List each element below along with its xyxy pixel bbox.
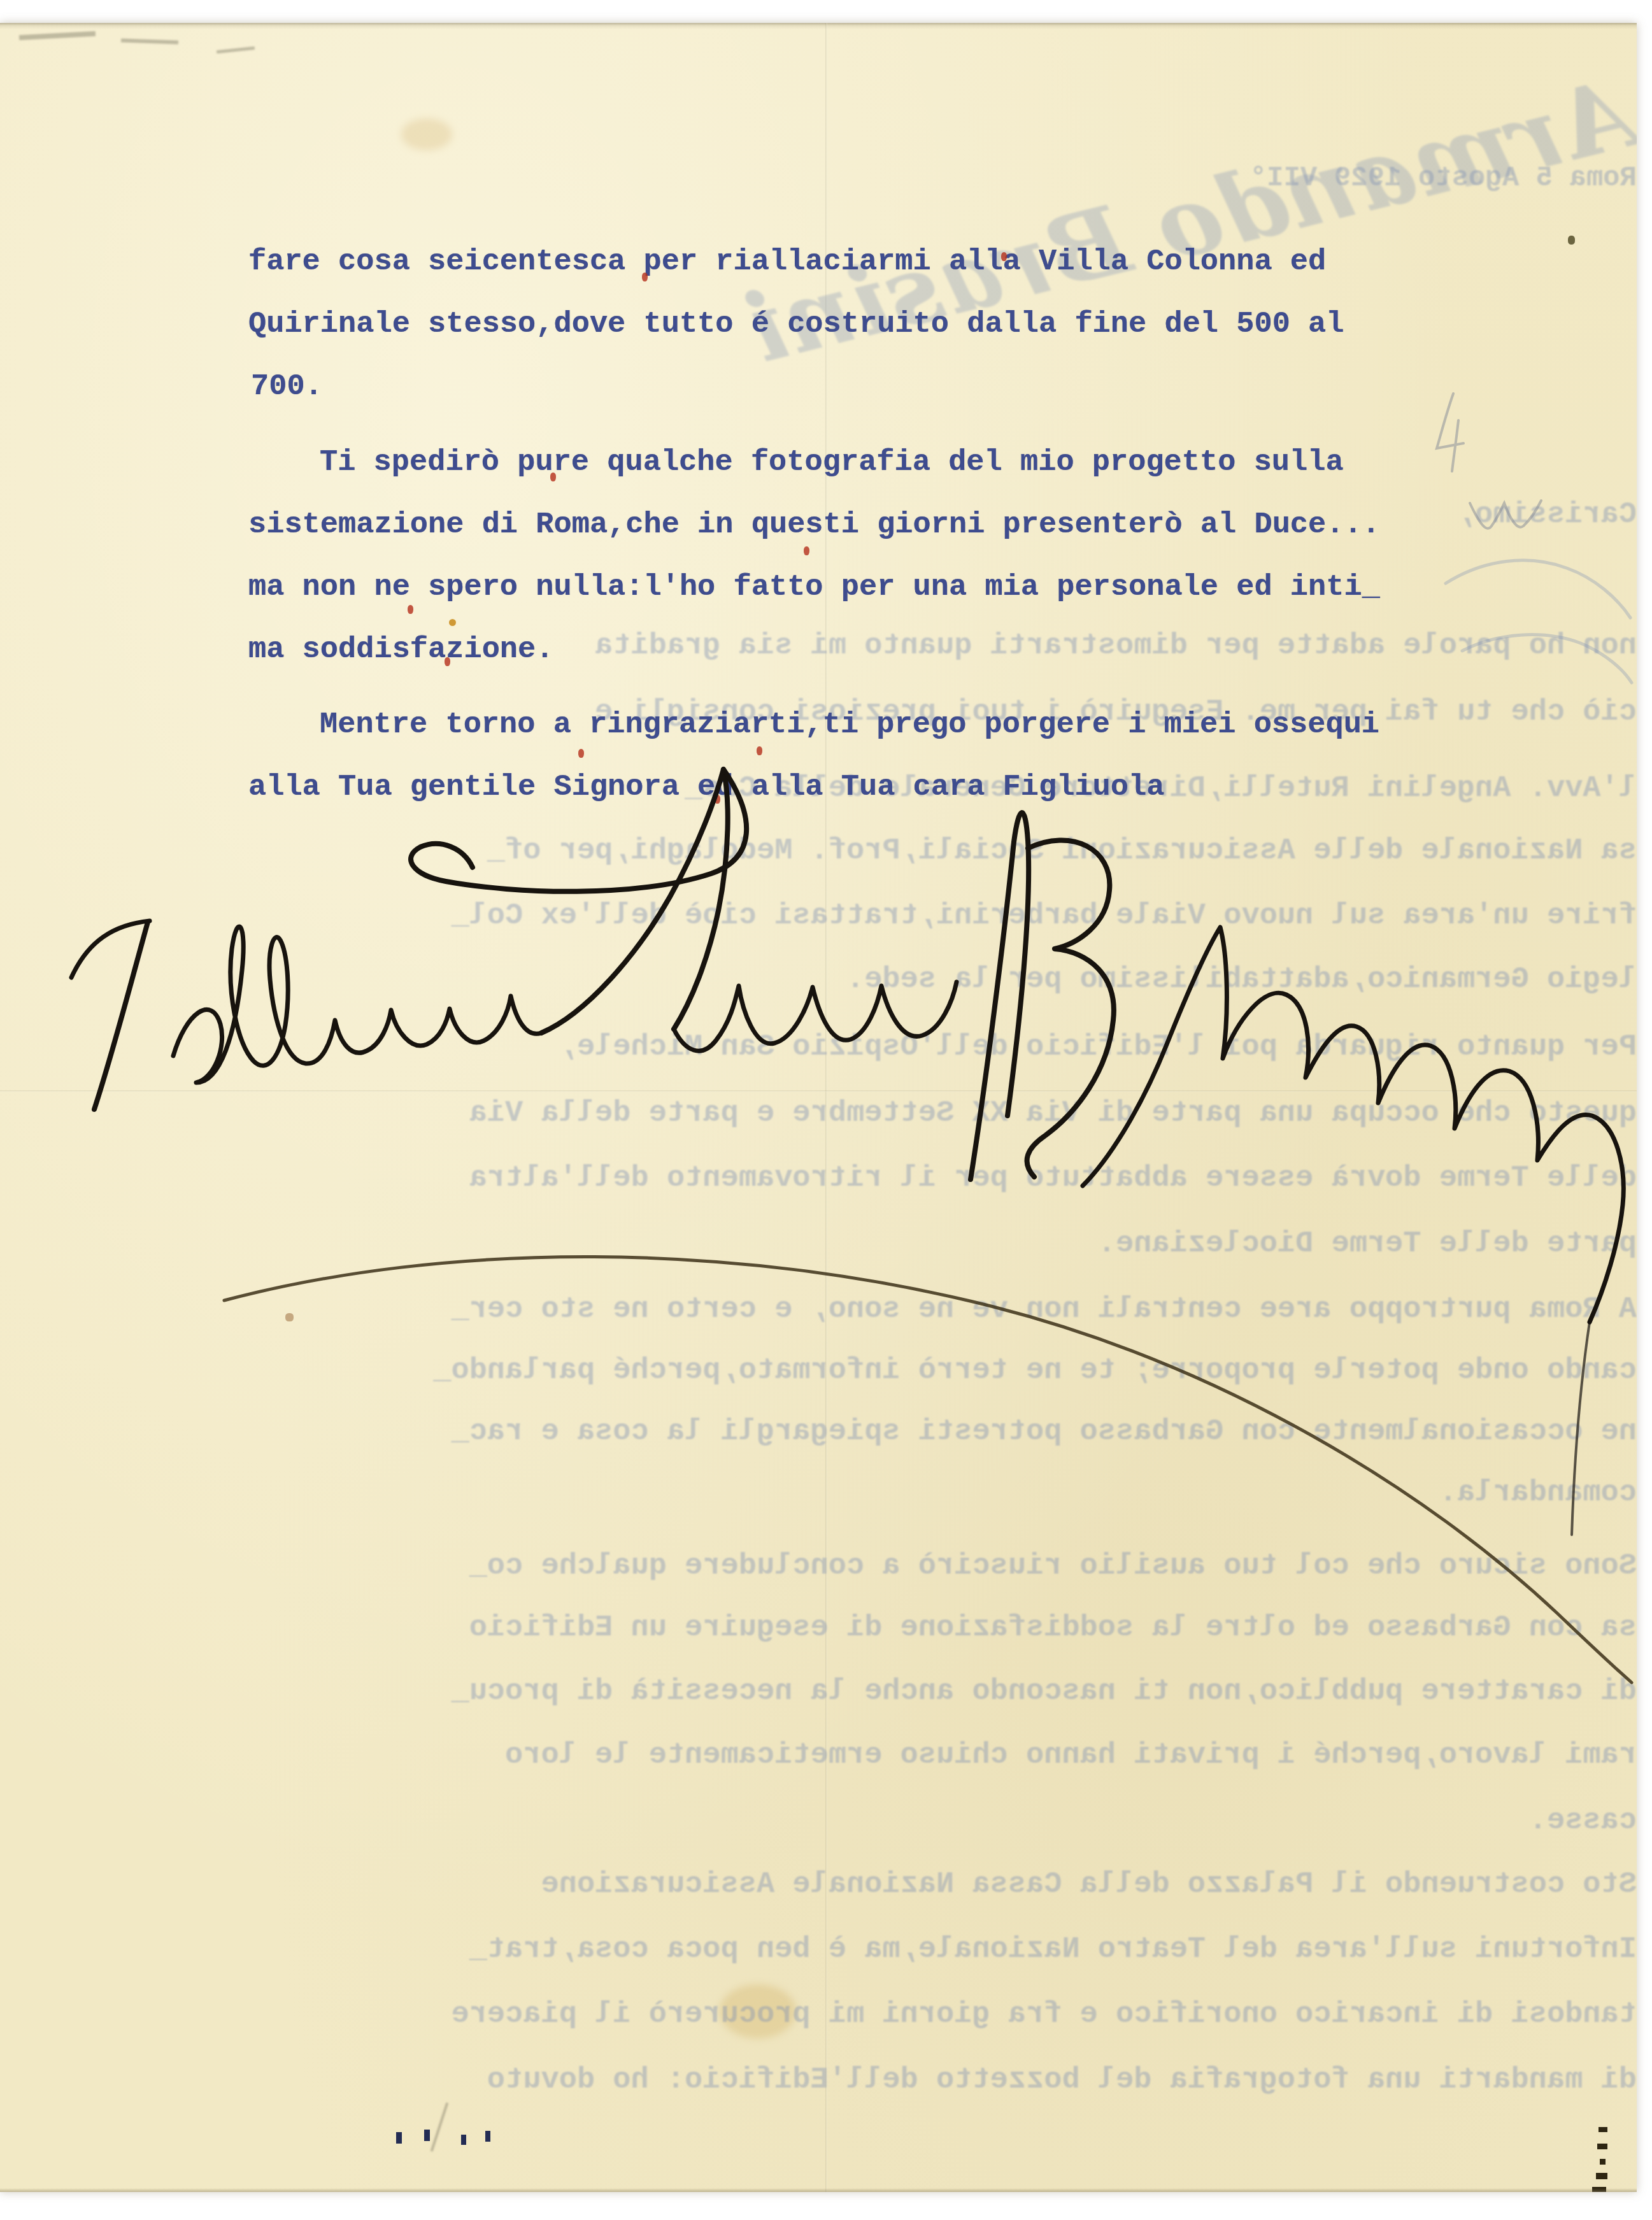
bleed-text-line: tandosi di incarico onorifico e fra gior… [0, 1998, 1637, 2031]
paper-stain [401, 118, 452, 150]
ink-dot [1599, 2127, 1607, 2132]
bleed-text-line: Sto costruendo il Palazzo della Cassa Na… [0, 1868, 1637, 1902]
bleed-date-line: Roma 5 Agosto 1929 VII° [0, 162, 1637, 194]
typed-line: Mentre torno a ringraziarti,ti prego por… [320, 708, 1379, 742]
typed-line: ma non ne spero nulla:l'ho fatto per una… [248, 571, 1380, 604]
bleed-text-line: Per quanto riguarda poi l'Edificio dell'… [0, 1030, 1637, 1064]
red-ink-fleck [1001, 252, 1007, 261]
scanned-letter-page: { "page": { "background": "#ffffff", "pa… [0, 0, 1652, 2220]
amber-ink-fleck [449, 619, 456, 626]
bleed-text-line: Sono sicuro che col tuo ausilio riuscirò… [0, 1549, 1637, 1583]
bleed-text-line: sa con Garbasso ed oltre la soddisfazion… [0, 1611, 1637, 1645]
red-ink-fleck [445, 657, 450, 666]
bleed-text-line: parte delle Terme Diocleziane. [0, 1227, 1637, 1261]
typed-line: 700. [251, 370, 323, 404]
bleed-text-line: A Roma purtroppo aree centrali non ve ne… [0, 1293, 1637, 1327]
fold-crease-horizontal [0, 1090, 1637, 1092]
bleed-text-line: questo che occupa una parte di Via XX Se… [0, 1097, 1637, 1130]
bleed-text-line: comandarla. [0, 1476, 1637, 1510]
red-ink-fleck [550, 473, 556, 481]
ink-dot [1592, 2187, 1606, 2192]
bleed-text-line: di mandarti una fotografia del bozzetto … [0, 2063, 1637, 2097]
bleed-text-line: non ho parole adatte per dimostrarti qua… [0, 629, 1637, 663]
ink-mark [396, 2132, 402, 2144]
bleed-text-line: ne occasionalmente con Garbasso potresti… [0, 1415, 1637, 1449]
ink-mark [424, 2130, 430, 2141]
edge-smudge [217, 46, 255, 53]
bleed-text-line: legio Germanico,adattabilissimo per la s… [0, 963, 1637, 997]
ink-slash [431, 2102, 449, 2151]
typed-line: Quirinale stesso,dove tutto é costruito … [248, 308, 1344, 341]
bleed-text-line: Infortuni sull'area del Teatro Nazionale… [0, 1933, 1637, 1967]
red-ink-fleck [757, 746, 762, 755]
typed-line: fare cosa seicentesca per riallaciarmi a… [248, 245, 1326, 279]
edge-smudge [19, 31, 96, 40]
bleed-text-line: sa Nazionale delle Assicurazioni Sociali… [0, 834, 1637, 868]
typed-line: alla Tua gentile Signora ed alla Tua car… [248, 771, 1164, 804]
typed-line: sistemazione di Roma,che in questi giorn… [248, 508, 1380, 542]
bleed-text-line: di carattere pubblico,non ti nascondo an… [0, 1675, 1637, 1709]
letterhead-name-script: Armando Brasini [877, 57, 1637, 350]
bleed-text-line: frire un'area sul nuovo Viale barberini,… [0, 899, 1637, 933]
red-ink-fleck [578, 749, 584, 758]
bleed-text-line: casse. [0, 1804, 1637, 1838]
ink-dot [1597, 2144, 1607, 2149]
ink-dot [1596, 2173, 1607, 2179]
bleed-text-line: rami lavoro,perché i privati hanno chius… [0, 1739, 1637, 1772]
ink-mark [461, 2135, 466, 2145]
edge-smudge [121, 38, 178, 44]
typed-line: ma soddisfazione. [248, 633, 553, 667]
ink-mark [485, 2131, 490, 2142]
ink-dot [1600, 2159, 1606, 2165]
red-ink-fleck [715, 795, 720, 804]
red-ink-fleck [642, 273, 648, 281]
letter-paper: Armando Brasini Roma 5 Agosto 1929 VII° … [0, 23, 1637, 2192]
bleed-text-line: delle Terme dovrà essere abbattuto per i… [0, 1162, 1637, 1195]
red-ink-fleck [408, 605, 413, 614]
typed-line: Ti spedirò pure qualche fotografia del m… [320, 446, 1344, 480]
red-ink-fleck [804, 546, 809, 555]
bleed-text-line: cando onde poterle proporre; te ne terrò… [0, 1354, 1637, 1388]
